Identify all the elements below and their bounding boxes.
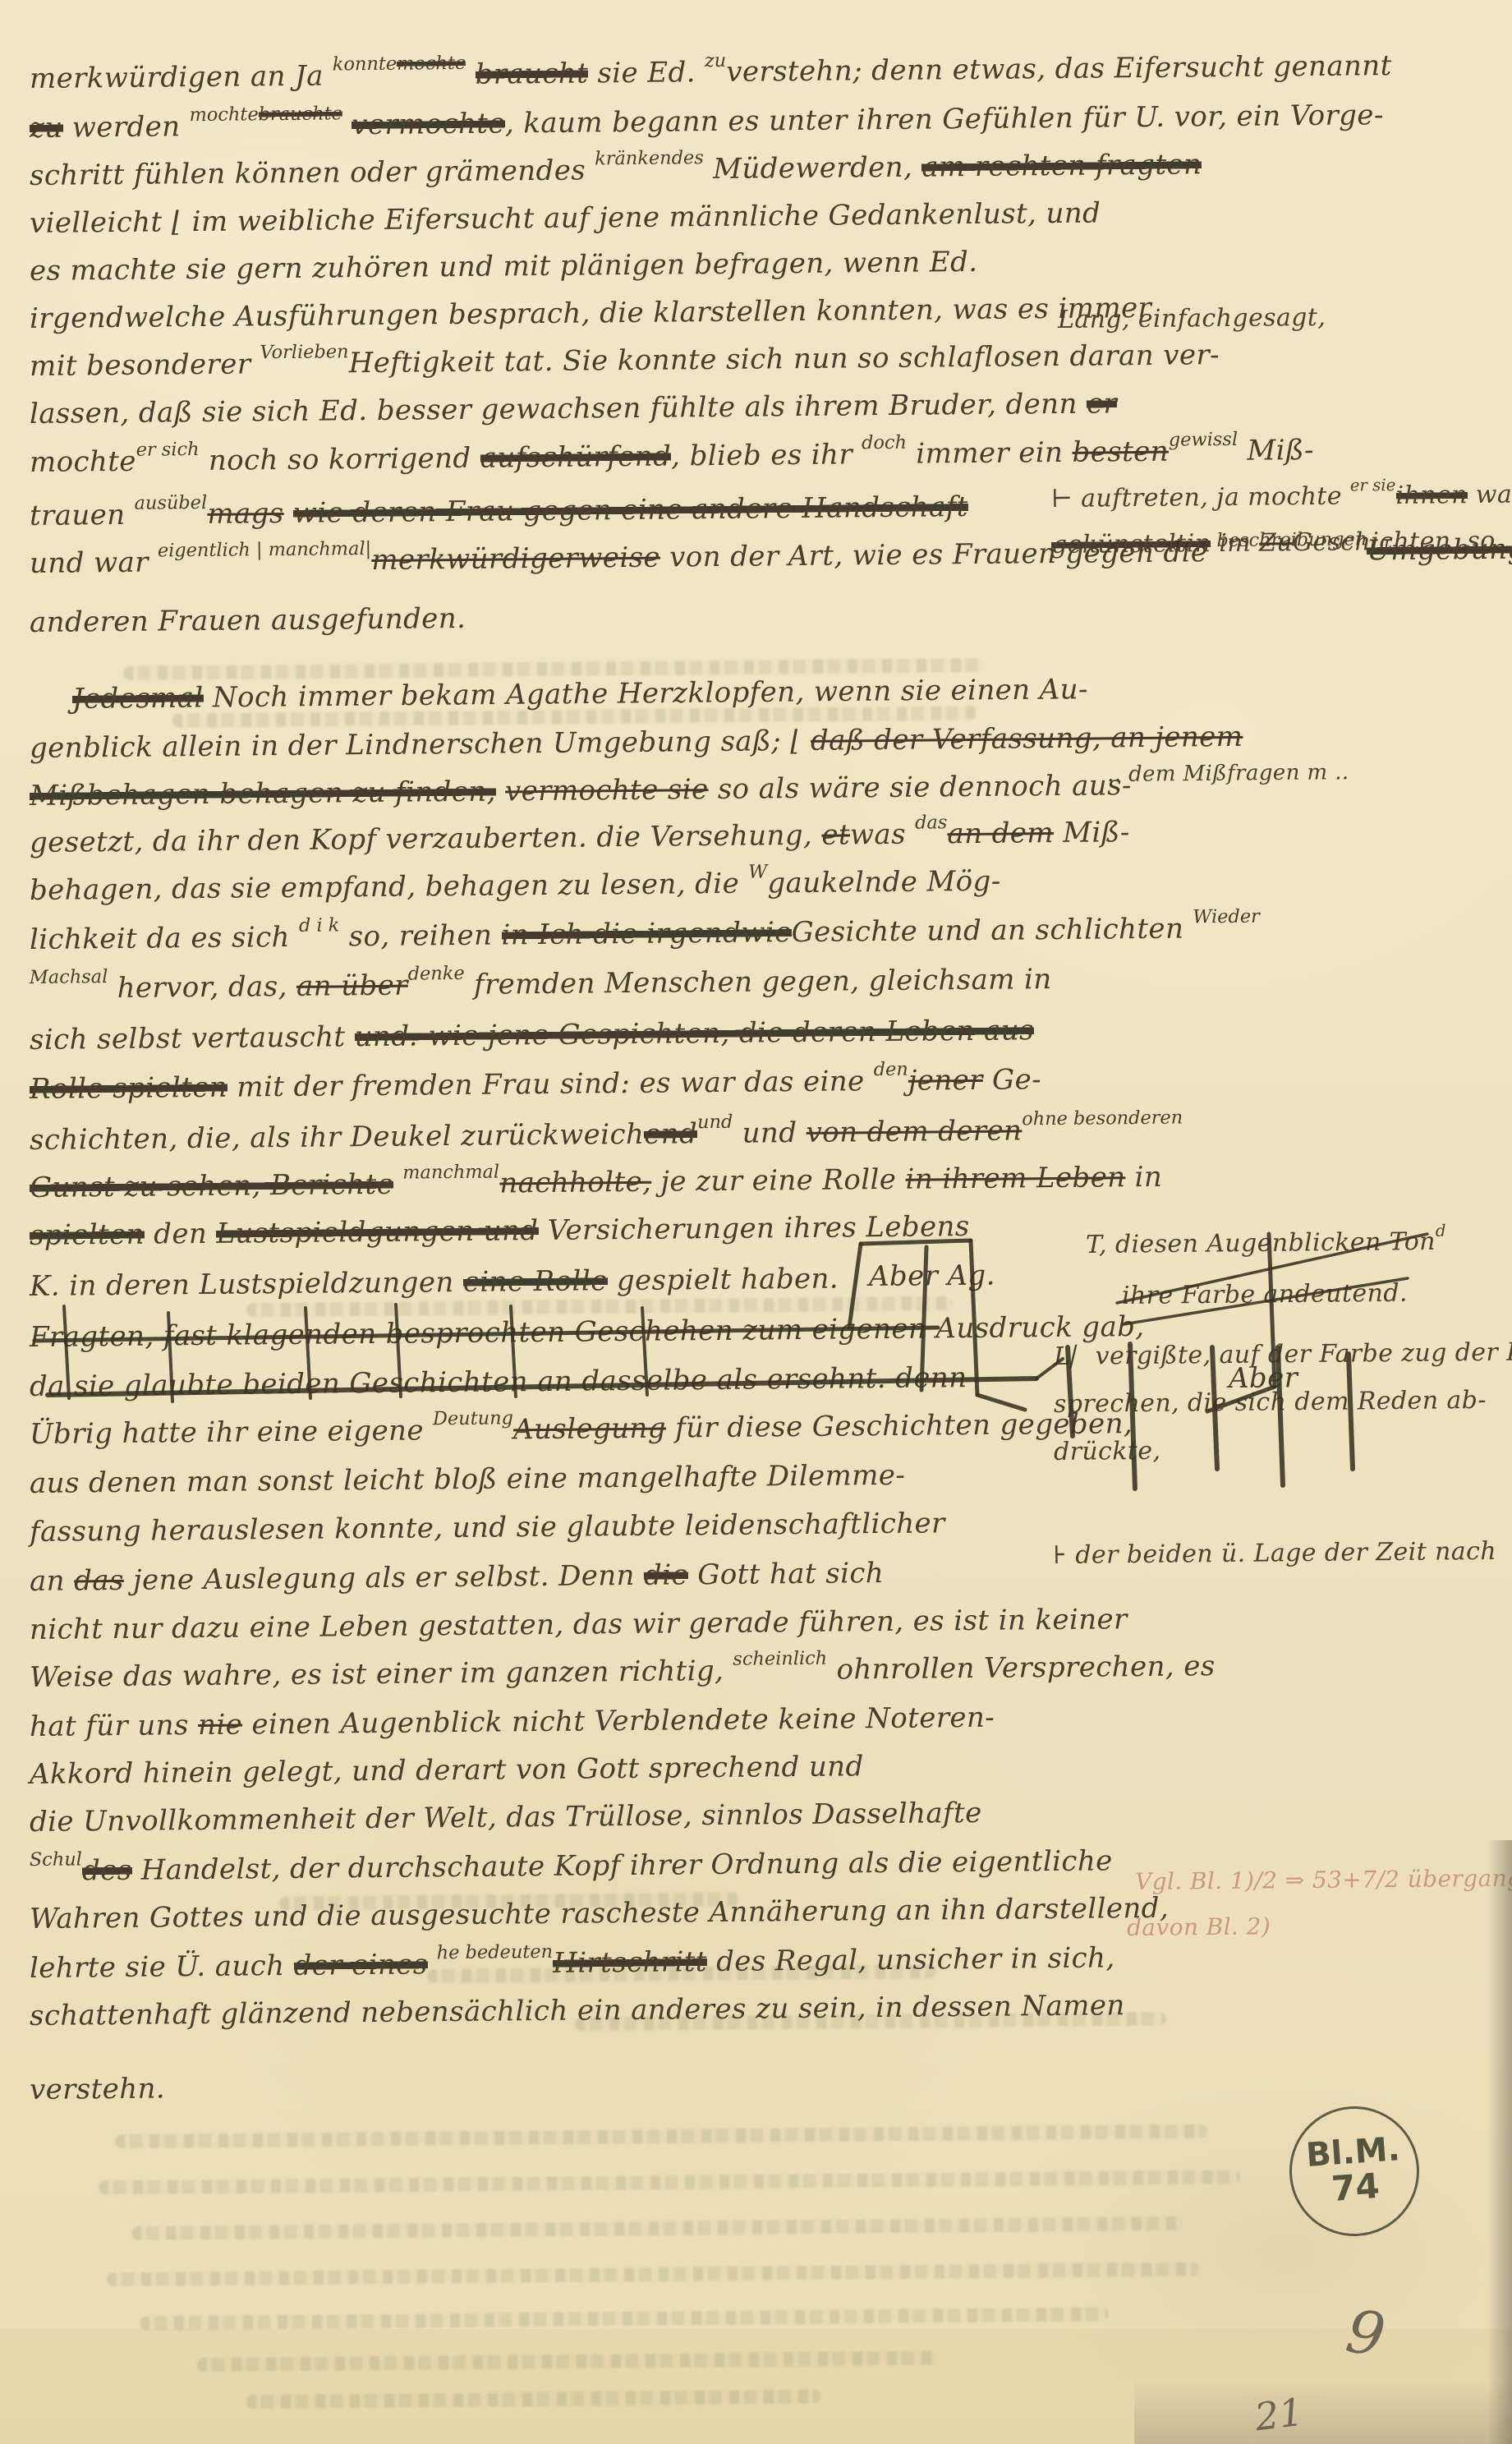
manuscript-line: Jedesmal Noch immer bekam Agathe Herzklo… bbox=[72, 673, 1088, 716]
bleedthrough-line bbox=[99, 2170, 1240, 2194]
script-segment: in Ich die irgendwie bbox=[501, 916, 791, 951]
script-segment bbox=[283, 497, 293, 530]
script-segment: davon Bl. 2) bbox=[1127, 1912, 1271, 1941]
script-segment: irgendwelche Ausführungen besprach, die … bbox=[30, 292, 1152, 335]
script-segment: Zu bbox=[1259, 528, 1293, 557]
script-segment: ⊦ der beiden ü. Lage der Zeit nach bbox=[1053, 1537, 1496, 1570]
script-segment: mit der fremden Frau sind: es war das ei… bbox=[227, 1065, 874, 1104]
script-segment: besten bbox=[1072, 435, 1169, 469]
script-segment bbox=[393, 1168, 403, 1201]
script-segment: Vgl. Bl. 1)/2 ⇒ 53+7/2 übergangs bbox=[1135, 1864, 1512, 1895]
script-segment: , kaum begann es unter ihren Gefühlen fü… bbox=[505, 99, 1384, 140]
script-segment: Akkord hinein gelegt, und derart von Got… bbox=[30, 1750, 864, 1791]
script-segment: behagen, das sie empfand, behagen zu les… bbox=[30, 868, 749, 907]
script-segment: mochte bbox=[30, 445, 136, 479]
script-segment: zu bbox=[30, 112, 63, 145]
manuscript-line: vielleicht ⌊ im weibliche Eifersucht auf… bbox=[30, 196, 1101, 240]
script-segment: nachholte, bbox=[499, 1166, 651, 1200]
script-segment: Schul bbox=[30, 1848, 82, 1871]
script-segment: zu bbox=[705, 50, 727, 71]
manuscript-line: genblick allein in der Lindnerschen Umge… bbox=[30, 720, 1243, 765]
manuscript-line: verstehn. bbox=[30, 2072, 165, 2106]
script-segment: den bbox=[874, 1059, 908, 1080]
script-segment: Ge- bbox=[983, 1063, 1042, 1097]
script-segment: jener bbox=[908, 1064, 983, 1098]
script-segment: von dem deren bbox=[806, 1114, 1022, 1149]
script-segment: Lustspieldgungen und bbox=[216, 1214, 539, 1250]
script-segment: brauchte bbox=[259, 103, 342, 125]
manuscript-line: Schuldes Handelst, der durchschaute Kopf… bbox=[30, 1844, 1113, 1888]
script-segment: Hirtschritt bbox=[553, 1945, 707, 1980]
script-segment bbox=[342, 108, 352, 141]
script-segment: und bbox=[733, 1116, 807, 1150]
manuscript-line: Rolle spielten mit der fremden Frau sind… bbox=[30, 1063, 1041, 1106]
script-segment: nicht nur dazu eine Leben gestatten, das… bbox=[30, 1603, 1128, 1646]
bleedthrough-line bbox=[131, 2216, 1183, 2240]
script-segment: W bbox=[748, 861, 767, 882]
manuscript-line: K. in deren Lustspieldzungen eine Rolle … bbox=[30, 1263, 839, 1303]
script-segment: gaukelnde Mög- bbox=[767, 865, 1001, 900]
manuscript-line: mit besonderer VorliebenHeftigkeit tat. … bbox=[30, 338, 1220, 383]
manuscript-line: fassung herauslesen konnte, und sie glau… bbox=[30, 1507, 945, 1549]
manuscript-line: spielten den Lustspieldgungen und Versic… bbox=[30, 1210, 970, 1252]
script-segment: Auslegung bbox=[513, 1412, 666, 1447]
manuscript-line: nicht nur dazu eine Leben gestatten, das… bbox=[30, 1603, 1128, 1646]
script-segment: war bbox=[1468, 480, 1512, 509]
script-segment: und bbox=[697, 1112, 733, 1133]
script-segment: mochte bbox=[189, 104, 258, 126]
script-segment: er sich bbox=[136, 439, 200, 461]
script-segment: aus denen man sonst leicht bloß eine man… bbox=[30, 1459, 906, 1500]
script-segment: , blieb es ihr bbox=[671, 438, 862, 472]
script-segment: aufschürfend bbox=[480, 440, 672, 475]
script-segment: im bbox=[1211, 529, 1259, 559]
manuscript-line: es machte sie gern zuhören und mit pläni… bbox=[30, 246, 978, 288]
script-segment: Wieder bbox=[1193, 906, 1260, 928]
script-segment: gewissl bbox=[1169, 429, 1238, 451]
manuscript-line: Aber Ag. bbox=[869, 1259, 995, 1293]
manuscript-line: Machsal hervor, das, an überdenke fremde… bbox=[30, 963, 1052, 1006]
script-segment: gespielt haben. bbox=[607, 1263, 839, 1298]
script-segment: Versicherungen ihres Lebens bbox=[538, 1210, 970, 1247]
script-segment bbox=[466, 58, 476, 91]
script-segment: gekünsteltin bbox=[1051, 529, 1211, 559]
script-segment: vermochte bbox=[352, 107, 505, 141]
manuscript-line: zu werden mochtebrauchte vermochte, kaum… bbox=[30, 99, 1384, 145]
script-segment: Weise das wahre, es ist einer im ganzen … bbox=[30, 1655, 733, 1694]
script-segment: lassen, daß sie sich Ed. besser gewachse… bbox=[30, 388, 1087, 430]
script-segment: K. in deren Lustspieldzungen bbox=[30, 1266, 463, 1303]
script-segment: ohnrollen Versprechen, es bbox=[827, 1650, 1216, 1687]
script-segment: noch so korrigend bbox=[200, 442, 480, 477]
script-segment: nie bbox=[198, 1709, 242, 1742]
script-segment: die bbox=[644, 1558, 688, 1592]
script-segment: da sie glaubte beiden Geschichten an das… bbox=[30, 1361, 967, 1403]
script-segment: Miß- bbox=[1054, 816, 1130, 849]
script-segment: so als wäre sie dennoch aus- bbox=[708, 769, 1132, 806]
script-segment: und: wie jene Gespichten, die deren Lebe… bbox=[354, 1014, 1034, 1053]
script-segment: mochte bbox=[397, 53, 466, 75]
margin-note: gekünsteltin im ZuGeschichten, so bbox=[1051, 527, 1496, 559]
script-segment: Miß- bbox=[1238, 434, 1314, 467]
script-segment: ihre Farbe andeutend. bbox=[1122, 1279, 1408, 1310]
paper-right-edge-shadow bbox=[1487, 1840, 1512, 2444]
script-segment: in ihrem Leben bbox=[905, 1161, 1125, 1196]
script-segment: des bbox=[82, 1854, 132, 1888]
manuscript-line: die Unvollkommenheit der Welt, das Trüll… bbox=[30, 1797, 982, 1839]
script-segment: end bbox=[644, 1117, 697, 1151]
script-segment: Gesichte und an schlichten bbox=[791, 912, 1193, 949]
margin-note: ⊦ der beiden ü. Lage der Zeit nach bbox=[1053, 1537, 1496, 1570]
margin-note: ihre Farbe andeutend. bbox=[1122, 1279, 1408, 1310]
script-segment: je zur eine Rolle bbox=[651, 1163, 906, 1199]
script-segment: trauen bbox=[30, 499, 135, 532]
script-segment: jene Auslegung als er selbst. Denn bbox=[124, 1559, 645, 1597]
stamp-signature: Bl.M. bbox=[1305, 2133, 1401, 2172]
red-ink-note: davon Bl. 2) bbox=[1127, 1912, 1271, 1941]
script-segment: Mißbehagen behagen zu finden, bbox=[30, 776, 496, 812]
script-segment bbox=[496, 775, 506, 808]
script-segment: Deutung bbox=[433, 1407, 513, 1429]
script-segment: Wahren Gottes und die ausgesuchte rasche… bbox=[30, 1892, 1169, 1935]
script-segment: konnte bbox=[333, 53, 398, 76]
manuscript-line: lehrte sie Ü. auch der eines he bedeuten… bbox=[30, 1941, 1115, 1985]
script-segment: mags bbox=[207, 497, 284, 531]
margin-note: .. dem Mißfragen m .. bbox=[1107, 760, 1349, 787]
script-segment: Geschichten, so bbox=[1293, 527, 1496, 557]
script-segment: Jedesmal bbox=[72, 681, 204, 716]
script-segment: anderen Frauen ausgefunden. bbox=[30, 602, 466, 639]
script-segment: hat für uns bbox=[30, 1709, 198, 1743]
manuscript-line: aus denen man sonst leicht bloß eine man… bbox=[30, 1459, 906, 1500]
bleedthrough-line bbox=[140, 2307, 1109, 2330]
script-segment: gesetzt, da ihr den Kopf verzauberten. d… bbox=[30, 819, 822, 859]
script-segment: daß der Verfassung, an jenem bbox=[811, 720, 1243, 757]
script-segment: Gunst zu sehen, Berichte bbox=[30, 1168, 394, 1204]
script-segment: d i k bbox=[299, 914, 340, 936]
stamp-number: 74 bbox=[1330, 2167, 1381, 2208]
manuscript-line: trauen ausübelmags wie deren Frau gegen … bbox=[30, 490, 968, 532]
script-segment: he bedeuten bbox=[437, 1941, 554, 1963]
manuscript-line: Gunst zu sehen, Berichte manchmalnachhol… bbox=[30, 1161, 1163, 1204]
script-segment: .. dem Mißfragen m .. bbox=[1107, 760, 1349, 787]
script-segment: schichten, die, als ihr Deukel zurückwei… bbox=[30, 1118, 645, 1157]
manuscript-line: behagen, das sie empfand, behagen zu les… bbox=[30, 865, 1001, 907]
manuscript-line: lichkeit da es sich d i k so, reihen in … bbox=[30, 912, 1260, 956]
manuscript-line: sich selbst vertauscht und: wie jene Ges… bbox=[30, 1014, 1034, 1056]
script-segment: merkwürdigen an Ja bbox=[30, 59, 333, 95]
red-ink-note: Vgl. Bl. 1)/2 ⇒ 53+7/2 übergangs bbox=[1135, 1864, 1512, 1895]
script-segment: was bbox=[850, 818, 916, 852]
script-segment: denke bbox=[408, 963, 465, 985]
script-segment: scheinlich bbox=[733, 1648, 827, 1670]
script-segment: Heftigkeit tat. Sie konnte sich nun so s… bbox=[349, 338, 1220, 380]
manuscript-line: Mißbehagen behagen zu finden, vermochte … bbox=[30, 769, 1132, 812]
script-segment: ⊢ auftreten, ja mochte bbox=[1051, 482, 1350, 513]
script-segment: wie deren Frau gegen eine andere Handsch… bbox=[293, 490, 968, 530]
script-segment: das bbox=[74, 1564, 124, 1598]
script-segment: Lang, einfachgesagt, bbox=[1058, 303, 1326, 334]
script-segment: Handelst, der durchschaute Kopf ihrer Or… bbox=[131, 1844, 1112, 1886]
script-segment: fassung herauslesen konnte, und sie glau… bbox=[30, 1507, 945, 1549]
script-segment: so, reihen bbox=[339, 918, 501, 953]
script-segment: an über bbox=[296, 969, 408, 1003]
script-segment: verstehn; denn etwas, das Eifersucht gen… bbox=[726, 49, 1392, 89]
margin-note: drückte, bbox=[1054, 1437, 1161, 1466]
manuscript-line: Weise das wahre, es ist einer im ganzen … bbox=[30, 1650, 1216, 1694]
script-segment: drückte, bbox=[1054, 1437, 1161, 1466]
script-segment: ihnen bbox=[1395, 481, 1468, 510]
script-segment: fremden Menschen gegen, gleichsam in bbox=[465, 963, 1052, 1001]
script-segment: schritt fühlen können oder grämendes bbox=[30, 154, 595, 192]
manuscript-page: merkwürdigen an Ja konntemochte braucht … bbox=[0, 0, 1512, 2444]
script-segment: immer ein bbox=[907, 436, 1073, 471]
script-segment: braucht bbox=[475, 57, 588, 90]
script-segment: L⎸vergißte, auf der Farbe zug der Pläne bbox=[1054, 1337, 1512, 1371]
script-segment: es machte sie gern zuhören und mit pläni… bbox=[30, 246, 978, 288]
manuscript-line: Übrig hatte ihr eine eigene DeutungAusle… bbox=[30, 1407, 1133, 1451]
script-segment: Aber Ag. bbox=[869, 1259, 995, 1293]
script-segment: er bbox=[1087, 387, 1118, 420]
script-segment: Rolle spielten bbox=[30, 1071, 227, 1106]
manuscript-line: lassen, daß sie sich Ed. besser gewachse… bbox=[30, 387, 1118, 430]
script-segment: d bbox=[1436, 1222, 1446, 1240]
script-segment: den bbox=[145, 1217, 217, 1251]
script-segment: Fragten, fast klagenden besprochten Gesc… bbox=[30, 1310, 1145, 1354]
script-segment: der eines bbox=[293, 1948, 427, 1982]
script-segment: lehrte sie Ü. auch bbox=[30, 1949, 294, 1985]
manuscript-line: Wahren Gottes und die ausgesuchte rasche… bbox=[30, 1892, 1169, 1935]
script-segment: Machsal bbox=[30, 966, 108, 988]
script-segment bbox=[427, 1948, 437, 1981]
script-segment: Vorlieben bbox=[260, 341, 348, 363]
script-segment: Gott hat sich bbox=[688, 1557, 884, 1591]
script-segment: und war bbox=[30, 546, 158, 580]
manuscript-line: schritt fühlen können oder grämendes krä… bbox=[30, 148, 1202, 192]
script-segment: vermochte sie bbox=[505, 773, 709, 808]
manuscript-line: an das jene Auslegung als er selbst. Den… bbox=[30, 1557, 884, 1598]
script-segment: kränkendes bbox=[595, 147, 704, 169]
script-segment: T, diesen Augenblicken Ton bbox=[1086, 1227, 1436, 1259]
script-segment: des Regal, unsicher in sich, bbox=[707, 1941, 1115, 1978]
margin-note: T, diesen Augenblicken Tond bbox=[1086, 1227, 1446, 1259]
manuscript-line: irgendwelche Ausführungen besprach, die … bbox=[30, 292, 1152, 335]
manuscript-line: da sie glaubte beiden Geschichten an das… bbox=[30, 1361, 967, 1403]
script-segment: werden bbox=[62, 110, 189, 144]
manuscript-line: merkwürdigen an Ja konntemochte braucht … bbox=[30, 49, 1392, 95]
script-segment: sie Ed. bbox=[588, 56, 705, 90]
script-segment: lichkeit da es sich bbox=[30, 921, 299, 956]
script-segment: die Unvollkommenheit der Welt, das Trüll… bbox=[30, 1797, 982, 1839]
script-segment: ohne besonderen bbox=[1022, 1107, 1183, 1130]
script-segment: an bbox=[30, 1564, 75, 1598]
script-segment: am rechten fragten bbox=[921, 148, 1202, 183]
margin-note: L⎸vergißte, auf der Farbe zug der Pläne bbox=[1054, 1337, 1512, 1371]
manuscript-line: Akkord hinein gelegt, und derart von Got… bbox=[30, 1750, 864, 1791]
script-segment: merkwürdigerweise bbox=[371, 541, 660, 577]
script-segment: doch bbox=[862, 432, 907, 454]
script-segment: spielten bbox=[30, 1218, 145, 1252]
manuscript-line: hat für uns nie einen Augenblick nicht V… bbox=[30, 1701, 995, 1743]
margin-note: Lang, einfachgesagt, bbox=[1058, 303, 1326, 334]
manuscript-line: schattenhaft glänzend nebensächlich ein … bbox=[30, 1989, 1125, 2032]
archive-stamp: Bl.M. 74 bbox=[1285, 2102, 1424, 2241]
manuscript-line: mochteer sich noch so korrigend aufschür… bbox=[30, 434, 1314, 479]
script-segment: ausübel bbox=[134, 492, 207, 514]
script-segment: vielleicht ⌊ im weibliche Eifersucht auf… bbox=[30, 196, 1101, 240]
script-segment: eigentlich | manchmal| bbox=[158, 538, 372, 561]
manuscript-line: Fragten, fast klagenden besprochten Gesc… bbox=[30, 1310, 1145, 1354]
script-segment: manchmal bbox=[402, 1162, 499, 1184]
script-segment: verstehn. bbox=[30, 2072, 165, 2106]
manuscript-line: anderen Frauen ausgefunden. bbox=[30, 602, 466, 639]
margin-note: sprechen, die sich dem Reden ab- bbox=[1054, 1386, 1487, 1419]
script-segment: sprechen, die sich dem Reden ab- bbox=[1054, 1386, 1487, 1419]
margin-note: ⊢ auftreten, ja mochte er sieihnen war bbox=[1051, 480, 1512, 513]
script-segment: schattenhaft glänzend nebensächlich ein … bbox=[30, 1989, 1125, 2032]
script-segment: in bbox=[1125, 1161, 1162, 1194]
ink-stroke bbox=[977, 1395, 1025, 1410]
script-segment: sich selbst vertauscht bbox=[30, 1020, 355, 1056]
script-segment: eine Rolle bbox=[463, 1264, 608, 1299]
script-segment: hervor, das, bbox=[108, 970, 296, 1005]
script-segment: Noch immer bekam Agathe Herzklopfen, wen… bbox=[203, 673, 1088, 714]
script-segment: mit besonderer bbox=[30, 347, 260, 383]
script-segment: genblick allein in der Lindnerschen Umge… bbox=[30, 725, 811, 765]
script-segment: Müdewerden, bbox=[704, 151, 922, 186]
paper-bottom-shadow bbox=[1134, 2378, 1512, 2444]
script-segment: einen Augenblick nicht Verblendete keine… bbox=[242, 1701, 995, 1742]
bleedthrough-line bbox=[107, 2262, 1199, 2287]
script-segment: an dem bbox=[947, 817, 1054, 850]
script-segment: er sie bbox=[1350, 476, 1396, 495]
script-segment: das bbox=[915, 812, 948, 833]
script-segment: et bbox=[821, 818, 850, 851]
script-segment: Übrig hatte ihr eine eigene bbox=[30, 1414, 433, 1451]
manuscript-line: schichten, die, als ihr Deukel zurückwei… bbox=[30, 1113, 1183, 1157]
bleedthrough-line bbox=[115, 2124, 1207, 2149]
manuscript-line: gesetzt, da ihr den Kopf verzauberten. d… bbox=[30, 816, 1130, 859]
